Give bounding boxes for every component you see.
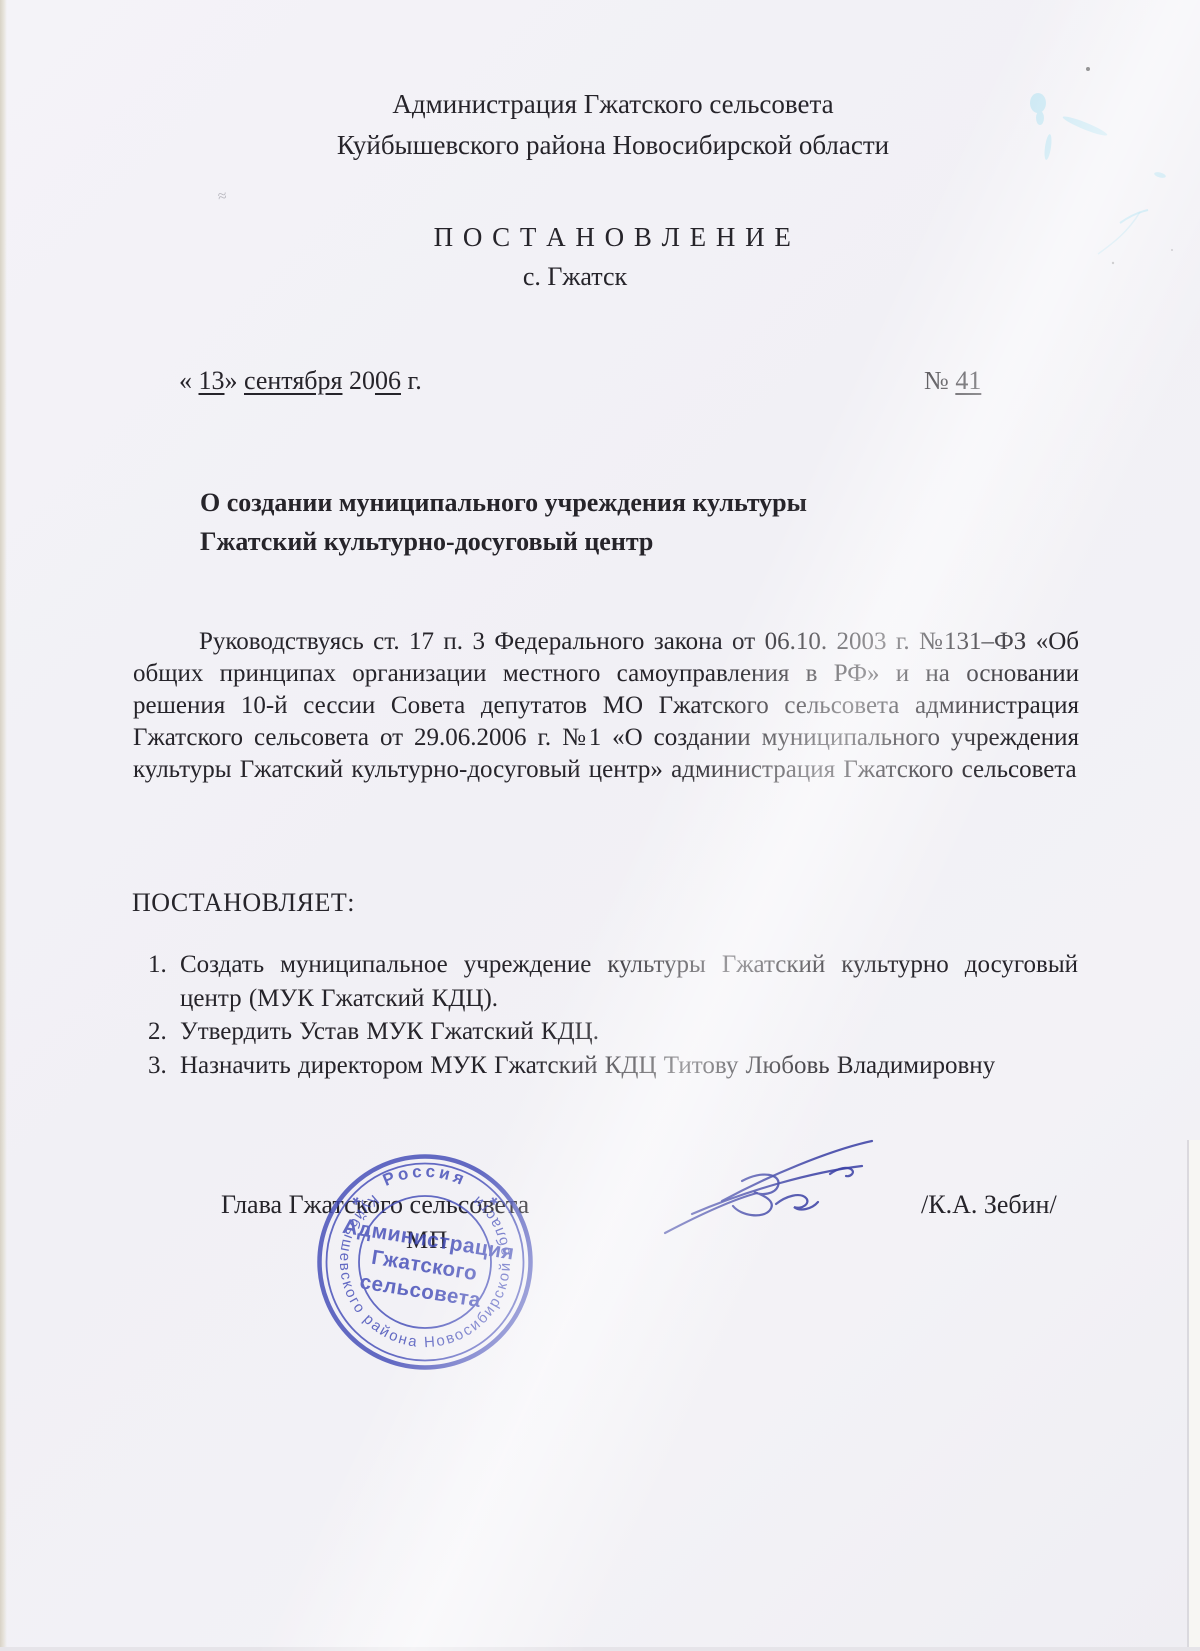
- document-title-line2: Гжатский культурно-досуговый центр: [200, 522, 960, 561]
- pencil-stray-mark: ≈: [217, 187, 228, 206]
- list-item-text: Назначить директором МУК Гжатский КДЦ Ти…: [180, 1049, 1078, 1083]
- stamp-top-text: Россия: [380, 1162, 470, 1190]
- document-date: « 13» сентября 2006 г.: [179, 366, 422, 396]
- scanned-document-page: Администрация Гжатского сельсовета Куйбы…: [0, 0, 1200, 1651]
- list-item: 1. Создать муниципальное учреждение куль…: [148, 948, 1078, 1015]
- scan-right-edge: [1187, 1140, 1189, 1651]
- document-number: № 41: [924, 366, 981, 396]
- date-suffix: г.: [401, 366, 422, 395]
- list-item: 3. Назначить директором МУК Гжатский КДЦ…: [148, 1049, 1078, 1083]
- organization-name-line2: Куйбышевского района Новосибирской облас…: [26, 125, 1200, 166]
- list-item-number: 2.: [148, 1015, 167, 1049]
- date-year-end: 06: [375, 366, 401, 395]
- list-item-number: 1.: [148, 948, 167, 982]
- list-item-text: Создать муниципальное учреждение культур…: [180, 948, 1078, 1015]
- official-round-stamp-icon: Россия * * Куйбышевского района Новосиби…: [305, 1142, 545, 1382]
- organization-name-line1: Администрация Гжатского сельсовета: [26, 84, 1200, 125]
- document-title-line1: О создании муниципального учреждения кул…: [200, 483, 960, 522]
- list-item-number: 3.: [148, 1049, 167, 1083]
- resolution-list: 1. Создать муниципальное учреждение куль…: [148, 948, 1078, 1082]
- date-day: 13: [199, 366, 225, 395]
- date-year-start: 20: [342, 366, 375, 395]
- scan-left-edge: [0, 0, 7, 1651]
- document-place: с. Гжатск: [0, 262, 1150, 292]
- handwritten-signature: [665, 1141, 872, 1233]
- document-type-heading: П О С Т А Н О В Л Е Н И Е: [26, 222, 1200, 253]
- resolution-keyword: ПОСТАНОВЛЯЕТ:: [132, 888, 355, 918]
- preamble-paragraph: Руководствуясь ст. 17 п. 3 Федерального …: [133, 626, 1079, 786]
- list-item-text: Утвердить Устав МУК Гжатский КДЦ.: [180, 1015, 1078, 1049]
- number-value: 41: [955, 366, 981, 395]
- scan-right-strip: [1189, 1140, 1200, 1651]
- list-item: 2. Утвердить Устав МУК Гжатский КДЦ.: [148, 1015, 1078, 1049]
- scan-bottom-edge: [0, 1647, 1200, 1651]
- date-close-quote: »: [225, 366, 245, 395]
- number-label: №: [924, 366, 955, 395]
- date-month: сентября: [244, 366, 342, 395]
- document-title: О создании муниципального учреждения кул…: [200, 483, 960, 561]
- signatory-name: /К.А. Зебин/: [921, 1190, 1057, 1220]
- date-open-quote: «: [179, 366, 199, 395]
- organization-header: Администрация Гжатского сельсовета Куйбы…: [26, 84, 1200, 166]
